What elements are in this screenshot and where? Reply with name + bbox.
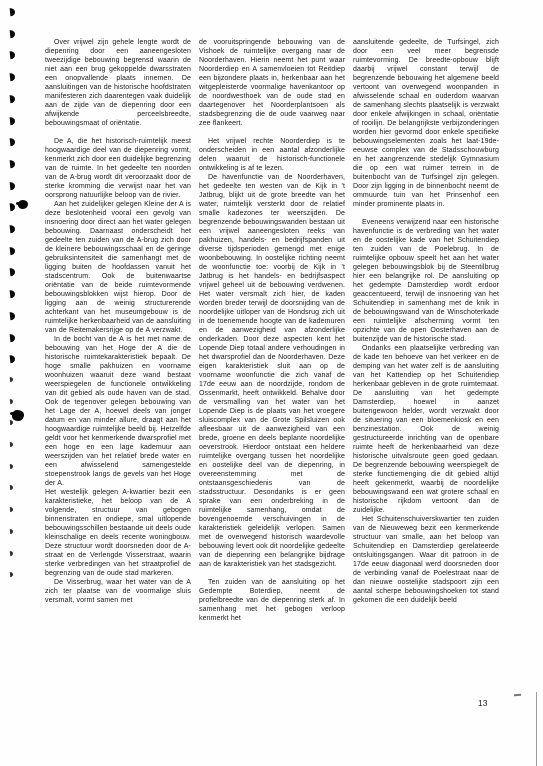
binding-marks-strip: [0, 0, 30, 766]
text-column-2: de vooruitspringende bebouwing van de Vi…: [199, 38, 345, 623]
binding-mark-icon: [10, 290, 16, 298]
binding-mark-icon: [10, 51, 16, 59]
binding-mark-icon: [10, 442, 14, 447]
binding-mark-icon: [10, 138, 16, 146]
document-page: Over vrijwel zijn gehele lengte wordt de…: [0, 0, 543, 766]
paragraph: Het vrijwel rechte Noorderdiep is te ond…: [199, 137, 345, 173]
paragraph: De Visserbrug, waar het water van de A z…: [45, 578, 191, 605]
text-column-1: Over vrijwel zijn gehele lengte wordt de…: [45, 38, 191, 623]
binding-mark-icon: [10, 73, 16, 81]
binding-mark-icon: [10, 203, 16, 211]
binding-mark-icon: [10, 8, 16, 16]
binding-mark-icon: [10, 29, 16, 37]
binding-mark-icon: [10, 420, 14, 425]
binding-mark-icon: [10, 116, 16, 124]
binding-mark-icon: [10, 550, 14, 555]
paragraph: De havenfunctie van de Noorderhaven, het…: [199, 173, 345, 569]
paragraph: Eveneens verwijzend naar een historische…: [353, 218, 499, 344]
paragraph: Aan het zuidelijker gelegen Kleine der A…: [45, 200, 191, 335]
binding-mark-icon: [10, 398, 14, 403]
paragraph: aansluitende gedeelte, de Turfsingel, zi…: [353, 38, 499, 209]
binding-mark-icon: [10, 160, 16, 168]
paragraph: Over vrijwel zijn gehele lengte wordt de…: [45, 38, 191, 128]
binding-mark-icon: [10, 464, 14, 469]
binding-mark-icon: [10, 529, 14, 534]
binding-mark-icon: [10, 225, 16, 233]
binding-mark-icon: [10, 485, 14, 490]
paragraph: de vooruitspringende bebouwing van de Vi…: [199, 38, 345, 128]
binding-mark-icon: [10, 312, 16, 320]
binding-mark-icon: [10, 572, 14, 577]
binding-mark-icon: [10, 333, 16, 341]
paragraph: De A, die het historisch-ruimtelijk mees…: [45, 137, 191, 200]
paragraph: Het westelijk gelegen A-kwartier bezit e…: [45, 488, 191, 578]
paragraph: Ondanks een plaatselijke verbreding van …: [353, 344, 499, 515]
binding-mark-icon: [10, 246, 16, 254]
paragraph: In de bocht van de A is het met name de …: [45, 335, 191, 488]
scan-dash-artifact: [514, 694, 521, 696]
page-number: 13: [478, 698, 487, 708]
page-edge-line: [536, 692, 537, 766]
text-columns: Over vrijwel zijn gehele lengte wordt de…: [45, 38, 499, 623]
binding-mark-icon: [10, 95, 16, 103]
text-column-3: aansluitende gedeelte, de Turfsingel, zi…: [353, 38, 499, 623]
paragraph: Ten zuiden van de aansluiting op het Ged…: [199, 578, 345, 623]
paragraph: Het Schuitenschuiverskwartier ten zuiden…: [353, 515, 499, 605]
binding-mark-icon: [10, 377, 14, 382]
binding-mark-icon: [10, 181, 16, 189]
binding-mark-icon: [10, 268, 16, 276]
binding-mark-icon: [10, 355, 16, 363]
binding-mark-icon: [10, 507, 14, 512]
